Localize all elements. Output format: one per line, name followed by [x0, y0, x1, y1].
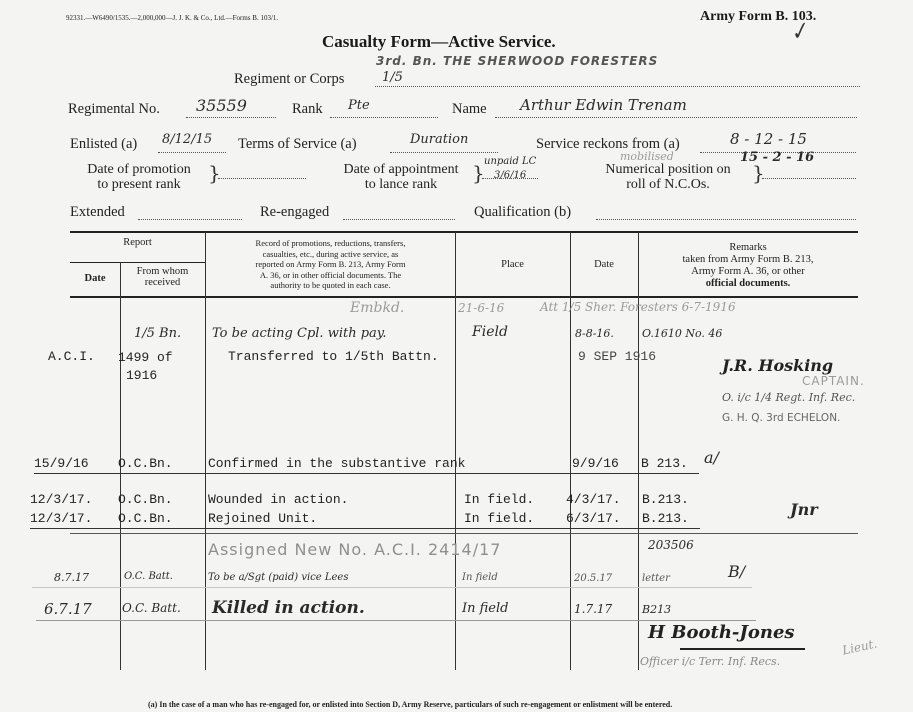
row2-date2-stamp: 9 SEP 1916 [578, 349, 656, 364]
name-value: Arthur Edwin Trenam [520, 96, 687, 114]
rank-value: Pte [348, 98, 370, 113]
lieut-signature: H Booth-Jones [648, 622, 795, 643]
report-subheader-rule [70, 262, 205, 263]
row8-record: Killed in action. [212, 598, 365, 618]
header-from-whom-line1: From whom [120, 266, 205, 277]
column-divider-date-remarks [638, 232, 639, 670]
table-top-rule [70, 231, 858, 233]
header-record-line3: reported on Army Form B. 213, Army Form [208, 259, 453, 270]
signature-underline [680, 648, 805, 650]
header-remarks: Remarks taken from Army Form B. 213, Arm… [640, 242, 856, 290]
terms-label: Terms of Service (a) [238, 136, 357, 153]
row1-remarks: O.1610 No. 46 [642, 327, 722, 340]
rank-label: Rank [292, 101, 323, 118]
regimental-no-label: Regimental No. [68, 101, 160, 118]
row4-place: In field. [464, 492, 534, 507]
row3-from: O.C.Bn. [118, 456, 173, 471]
row1-date2: 8-8-16. [575, 327, 614, 340]
appointment-label: Date of appointment to lance rank [330, 162, 472, 192]
enlisted-label: Enlisted (a) [70, 136, 137, 153]
captain-stamp-line2: G. H. Q. 3rd ECHELON. [722, 412, 840, 424]
reengaged-label: Re-engaged [260, 204, 329, 221]
header-remarks-line3: Army Form A. 36, or other [640, 266, 856, 278]
row5-record: Rejoined Unit. [208, 511, 317, 526]
enlisted-field-line [158, 152, 226, 153]
service-reckons-value: 8 - 12 - 15 [730, 130, 807, 148]
regimental-no-value: 35559 [196, 96, 247, 115]
appointment-value-line1: unpaid LC [484, 156, 536, 167]
initials-c: B/ [728, 562, 745, 581]
appointment-label-line1: Date of appointment [330, 162, 472, 177]
row4-remarks: B.213. [642, 492, 689, 507]
column-divider-from-record [205, 232, 206, 670]
extended-label: Extended [70, 204, 125, 221]
enlisted-value: 8/12/15 [162, 132, 212, 147]
header-record-line1: Record of promotions, reductions, transf… [208, 238, 453, 249]
numerical-label-line2: roll of N.C.Os. [588, 177, 748, 192]
promotion-label-line2: to present rank [70, 177, 208, 192]
row8-remarks: B213 [642, 603, 671, 616]
row3-date2: 9/9/16 [572, 456, 619, 471]
header-remarks-line4: official documents. [640, 278, 856, 290]
captain-stamp-title: CAPTAIN. [802, 374, 865, 388]
regiment-label: Regiment or Corps [234, 71, 344, 88]
row4-date: 12/3/17. [30, 492, 92, 507]
row5-remarks: B.213. [642, 511, 689, 526]
section-rule [70, 533, 858, 534]
row2-from-line2: 1916 [118, 367, 173, 385]
reengaged-field-line [343, 219, 455, 220]
row8-from: O.C. Batt. [122, 601, 181, 615]
extended-field-line [138, 219, 242, 220]
row2-date: A.C.I. [48, 349, 95, 364]
row8-date2: 1.7.17 [574, 602, 612, 616]
row8-place: In field [462, 601, 508, 616]
row5-place: In field. [464, 511, 534, 526]
appointment-value-line2: 3/6/16 [494, 170, 526, 181]
row5-from: O.C.Bn. [118, 511, 173, 526]
promotion-label-line1: Date of promotion [70, 162, 208, 177]
column-divider-place-date [570, 232, 571, 670]
footnote: (a) In the case of a man who has re-enga… [148, 700, 672, 709]
initials-b: Jnr [790, 500, 818, 519]
appointment-label-line2: to lance rank [330, 177, 472, 192]
page-title: Casualty Form—Active Service. [322, 32, 556, 52]
terms-value: Duration [410, 132, 468, 147]
row7-place: In field [462, 572, 498, 583]
row6-remarks: 203506 [648, 538, 694, 552]
numerical-position-field-line [762, 178, 856, 179]
row2-from: 1499 of 1916 [118, 349, 173, 385]
qualification-field-line [596, 219, 856, 220]
captain-signature: J.R. Hosking [722, 356, 833, 375]
qualification-label: Qualification (b) [474, 204, 571, 221]
row7-date: 8.7.17 [54, 571, 89, 584]
lieut-rank: Lieut. [841, 636, 878, 657]
header-record: Record of promotions, reductions, transf… [208, 238, 453, 291]
faint-record: Embkd. [350, 300, 404, 316]
rank-field-line [330, 117, 438, 118]
regimental-no-field-line [186, 117, 276, 118]
row3-remarks: B 213. [641, 456, 688, 471]
promotion-label: Date of promotion to present rank [70, 162, 208, 192]
promotion-field-line [218, 178, 306, 179]
row2-record: Transferred to 1/5th Battn. [228, 349, 439, 364]
header-report: Report [70, 237, 205, 248]
row4-from: O.C.Bn. [118, 492, 173, 507]
row3-date: 15/9/16 [34, 456, 89, 471]
header-remarks-line1: Remarks [640, 242, 856, 254]
brace-icon: } [472, 163, 485, 183]
print-code: 92331.—W6490/1535.—2,000,000—J. J. K. & … [66, 14, 278, 22]
header-from-whom: From whom received [120, 266, 205, 288]
row4-record: Wounded in action. [208, 492, 348, 507]
row7-from: O.C. Batt. [124, 571, 173, 582]
header-remarks-line2: taken from Army Form B. 213, [640, 254, 856, 266]
column-divider-record-place [455, 232, 456, 670]
row8-date: 6.7.17 [44, 600, 92, 618]
row1-from: 1/5 Bn. [134, 326, 181, 341]
header-date: Date [70, 273, 120, 284]
regiment-value: 1/5 [382, 70, 403, 85]
regiment-stamp-text: 3rd. Bn. THE SHERWOOD FORESTERS [376, 54, 658, 68]
row8-underline [36, 620, 756, 621]
initials-a: a/ [704, 448, 719, 467]
header-from-whom-line2: received [120, 277, 205, 288]
row1-place: Field [472, 324, 508, 340]
row2-from-line1: 1499 of [118, 349, 173, 367]
brace-icon: } [752, 163, 765, 183]
row7-date2: 20.5.17 [574, 573, 612, 584]
row4-date2: 4/3/17. [566, 492, 621, 507]
numerical-position-label: Numerical position on roll of N.C.Os. [588, 162, 748, 192]
numerical-label-line1: Numerical position on [588, 162, 748, 177]
header-date2: Date [570, 259, 638, 270]
row6-record-stamp: Assigned New No. A.C.I. 2414/17 [208, 540, 501, 559]
row5-date2: 6/3/17. [566, 511, 621, 526]
regiment-stamp: 3rd. Bn. THE SHERWOOD FORESTERS [376, 54, 658, 68]
row7-underline [32, 587, 752, 588]
header-place: Place [455, 259, 570, 270]
row7-record: To be a/Sgt (paid) vice Lees [208, 572, 348, 583]
row5-underline [30, 528, 700, 529]
row3-record: Confirmed in the substantive rank [208, 456, 465, 471]
table-header-bottom-rule [70, 296, 858, 298]
regiment-field-line [375, 86, 860, 87]
row1-record: To be acting Cpl. with pay. [212, 326, 387, 341]
header-record-line2: casualties, etc., during active service,… [208, 249, 453, 260]
name-label: Name [452, 101, 487, 118]
header-record-line5: authority to be quoted in each case. [208, 280, 453, 291]
brace-icon: } [208, 163, 221, 183]
terms-field-line [390, 152, 498, 153]
row5-date: 12/3/17. [30, 511, 92, 526]
lieut-office: Officer i/c Terr. Inf. Recs. [640, 655, 780, 668]
faint-remarks: Att 1/5 Sher. Foresters 6-7-1916 [540, 300, 736, 314]
header-record-line4: A. 36, or in other official documents. T… [208, 270, 453, 281]
row7-remarks: letter [642, 573, 670, 584]
name-field-line [495, 117, 857, 118]
row3-underline [34, 473, 699, 474]
captain-stamp-line1: O. i/c 1/4 Regt. Inf. Rec. [722, 391, 855, 404]
faint-place: 21-6-16 [458, 301, 504, 315]
